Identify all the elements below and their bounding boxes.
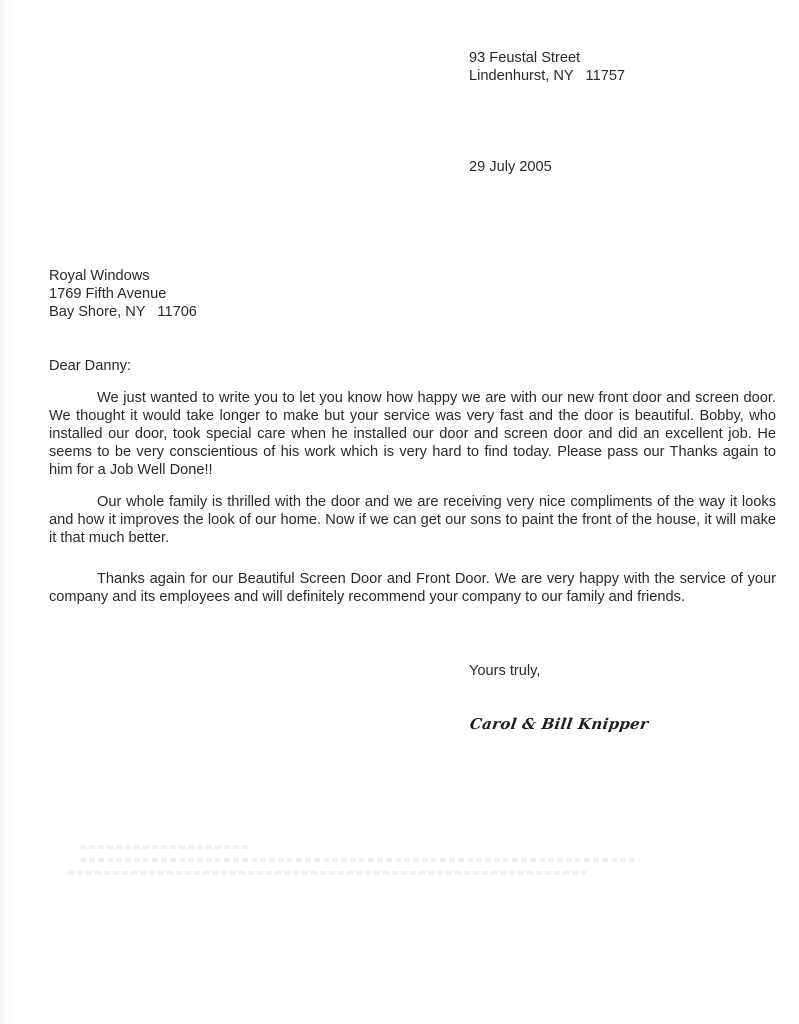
recipient-city-state-zip: Bay Shore, NY 11706	[49, 303, 197, 321]
sender-city-state-zip: Lindenhurst, NY 11757	[469, 67, 625, 85]
signature: Carol & Bill Knipper	[469, 715, 650, 733]
recipient-street: 1769 Fifth Avenue	[49, 285, 197, 303]
recipient-address: Royal Windows 1769 Fifth Avenue Bay Shor…	[49, 267, 197, 321]
bleed-line	[80, 858, 640, 862]
recipient-name: Royal Windows	[49, 267, 197, 285]
salutation: Dear Danny:	[49, 357, 131, 375]
sender-address: 93 Feustal Street Lindenhurst, NY 11757	[469, 49, 625, 85]
body-paragraph-1: We just wanted to write you to let you k…	[49, 389, 776, 479]
reverse-side-bleed-through	[60, 845, 680, 885]
bleed-line	[80, 845, 250, 849]
body-paragraph-2: Our whole family is thrilled with the do…	[49, 493, 776, 547]
letter-date: 29 July 2005	[469, 158, 552, 176]
body-paragraph-3: Thanks again for our Beautiful Screen Do…	[49, 570, 776, 606]
letter-page: 93 Feustal Street Lindenhurst, NY 11757 …	[0, 0, 799, 1024]
bleed-line	[68, 871, 588, 875]
sender-street: 93 Feustal Street	[469, 49, 625, 67]
closing: Yours truly,	[469, 662, 540, 680]
